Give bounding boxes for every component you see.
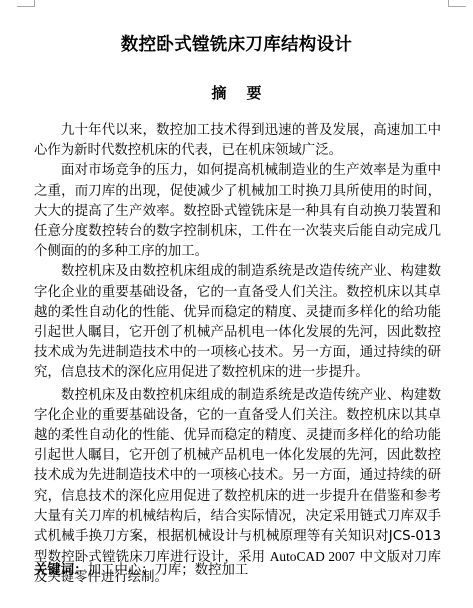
abstract-body: 九十年代以来，数控加工技术得到迅速的普及发展，高速加工中心作为新时代数控机床的代… xyxy=(34,121,441,589)
keywords-line: 关键词：加工中心；刀库；数控加工 xyxy=(34,561,248,581)
keywords-values: 加工中心；刀库；数控加工 xyxy=(88,563,249,578)
page-title: 数控卧式镗铣床刀库结构设计 xyxy=(0,31,473,56)
abstract-paragraph-2: 面对市场竞争的压力，如何提高机械制造业的生产效率是为重中之重，而刀库的出现，促使… xyxy=(34,161,441,262)
abstract-heading-char-2: 要 xyxy=(247,82,262,103)
keywords-label: 关键词： xyxy=(34,563,88,578)
page-corner-mark-right xyxy=(448,0,466,7)
page-corner-mark-left xyxy=(17,0,35,7)
abstract-paragraph-1: 九十年代以来，数控加工技术得到迅速的普及发展，高速加工中心作为新时代数控机床的代… xyxy=(34,121,441,161)
abstract-heading: 摘要 xyxy=(0,82,473,103)
abstract-paragraph-3: 数控机床及由数控机床组成的制造系统是改造传统产业、构建数字化企业的重要基础设备，… xyxy=(34,262,441,383)
abstract-heading-char-1: 摘 xyxy=(211,82,226,103)
abstract-paragraph-4-main: 数控机床及由数控机床组成的制造系统是改造传统产业、构建数字化企业的重要基础设备，… xyxy=(34,388,441,544)
abstract-paragraph-4: 数控机床及由数控机床组成的制造系统是改造传统产业、构建数字化企业的重要基础设备，… xyxy=(34,386,441,589)
software-name: AutoCAD 2007 xyxy=(270,549,355,564)
